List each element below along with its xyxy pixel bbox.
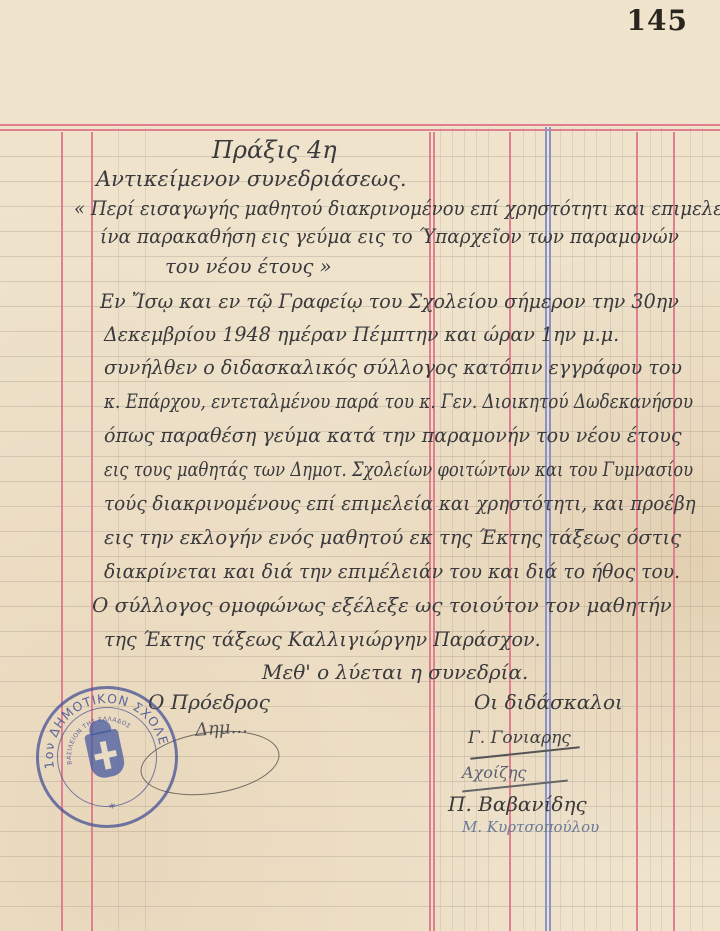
body-line: κ. Επάρχου, εντεταλμένου παρά του κ. Γεν… bbox=[104, 390, 693, 413]
minutes-title: Πράξις 4η bbox=[212, 136, 337, 164]
faint-rule bbox=[702, 127, 703, 931]
teachers-label: Οι διδάσκαλοι bbox=[474, 690, 623, 714]
subject-line: ίνα παρακαθήση εις γεύμα εις το Ύπαρχεῖο… bbox=[100, 225, 679, 248]
header-rule-red bbox=[0, 129, 720, 131]
teacher-signature: Π. Βαβανίδης bbox=[448, 792, 587, 816]
body-line: όπως παραθέση γεύμα κατά την παραμονήν τ… bbox=[104, 424, 682, 447]
header-rule-red bbox=[0, 124, 720, 126]
body-line: Δεκεμβρίου 1948 ημέραν Πέμπτην και ώραν … bbox=[104, 323, 619, 346]
page-number: 145 bbox=[627, 4, 688, 37]
page-header-area bbox=[0, 0, 720, 127]
signature-underline bbox=[470, 746, 580, 759]
body-line: εις την εκλογήν ενός μαθητού εκ της Έκτη… bbox=[104, 526, 681, 549]
body-line: της Έκτης τάξεως Καλλιγιώργην Παράσχον. bbox=[104, 628, 541, 651]
teacher-signature: Μ. Κυρτσοπούλου bbox=[462, 818, 599, 836]
teacher-signature: Αχοίζης bbox=[462, 763, 526, 782]
subject-line: του νέου έτους » bbox=[165, 255, 332, 278]
ledger-page: 145 Πράξις 4η Αντικείμενον συνεδριάσεως.… bbox=[0, 0, 720, 931]
teacher-signature: Γ. Γονιαρης bbox=[468, 728, 571, 748]
faint-rule bbox=[690, 127, 691, 931]
body-line: Ο σύλλογος ομοφώνως εξέλεξε ως τοιούτον … bbox=[92, 594, 672, 617]
closing-line: Μεθ' ο λύεται η συνεδρία. bbox=[262, 660, 528, 684]
body-line: Εν Ἴσῳ και εν τῷ Γραφείῳ του Σχολείου σή… bbox=[100, 290, 679, 313]
body-line: εις τους μαθητάς των Δημοτ. Σχολείων φοι… bbox=[104, 458, 693, 481]
body-line: διακρίνεται και διά την επιμέλειάν του κ… bbox=[104, 560, 680, 583]
body-line: τούς διακρινομένους επί επιμελεία και χρ… bbox=[104, 492, 696, 515]
subject-label: Αντικείμενον συνεδριάσεως. bbox=[96, 167, 407, 191]
body-line: συνήλθεν ο διδασκαλικός σύλλογος κατόπιν… bbox=[104, 356, 682, 379]
subject-line: « Περί εισαγωγής μαθητού διακρινομένου ε… bbox=[74, 197, 720, 220]
